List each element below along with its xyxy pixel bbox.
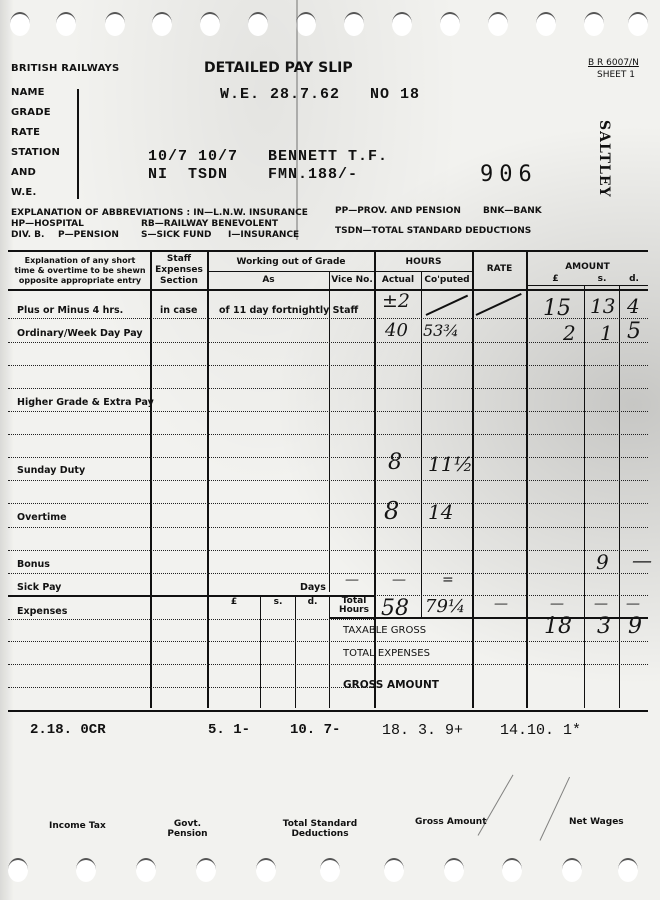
row-line [8,550,648,551]
gross-amount-footer-label: Gross Amount [415,817,487,827]
row-label-higher-grade: Higher Grade & Extra Pay [17,397,154,408]
expense-pence-header: d. [296,597,329,607]
header-explanation-1: Explanation of any short [10,256,150,265]
row-line [8,619,374,620]
overtime-computed: 14 [428,500,453,524]
row-line [8,457,648,458]
header-amount: AMOUNT [527,262,648,272]
row-label-overtime: Overtime [17,512,67,523]
sick-pay-computed: = [442,572,454,588]
plus-minus-actual: ±2 [382,290,410,312]
bonus-shillings: 9 [596,550,609,574]
taxable-gross-pence: 9 [628,614,642,639]
row-label-days: Days [300,582,326,593]
sheet-number: SHEET 1 [597,70,635,80]
ordinary-pence: 5 [627,319,641,344]
header-computed: Co'puted [422,275,472,285]
typed-grade-line: NI TSDN FMN.188/- [148,166,358,183]
header-explanation-2: time & overtime to be shewn [10,266,150,275]
note-in-case: in case [160,305,197,316]
abbrev-bnk: BNK—BANK [483,206,542,216]
col-line [421,272,422,617]
sprocket-hole [444,858,464,882]
header-section: Section [151,276,207,286]
table-top-border [8,250,648,252]
header-pounds: £ [527,274,584,284]
sprocket-hole [196,858,216,882]
sunday-computed: 11½ [428,452,473,476]
sprocket-hole [8,858,28,882]
header-vice-no: Vice No. [330,275,374,285]
header-subline [527,285,648,286]
income-tax-value: 2.18. 0CR [30,722,106,738]
table-header-bottom [8,289,648,291]
row-label-ordinary: Ordinary/Week Day Pay [17,328,143,339]
sunday-actual: 8 [388,450,402,475]
col-line [329,272,330,592]
depot-stamp: SALTLEY [596,120,612,198]
sprocket-hole [618,858,638,882]
pay-slip-paper: BRITISH RAILWAYS DETAILED PAY SLIP B R 6… [0,0,660,900]
ordinary-pounds: 2 [563,321,576,345]
abbrev-tsdn: TSDN—TOTAL STANDARD DEDUCTIONS [335,226,531,236]
header-subline [208,271,374,272]
income-tax-label: Income Tax [49,821,106,831]
row-line [8,342,648,343]
taxable-gross-label: TAXABLE GROSS [343,625,426,636]
sprocket-hole [562,858,582,882]
tear-mark [540,777,570,841]
govt-pension-label-1: Govt. [160,819,215,829]
sprocket-hole [392,12,412,36]
sprocket-hole [384,858,404,882]
total-pence: — [626,596,640,612]
bonus-pence: — [632,548,652,572]
col-line [295,596,296,708]
total-standard-deductions-value: 10. 7- [290,722,340,738]
header-rate: RATE [473,264,526,274]
sprocket-hole [256,858,276,882]
abbrev-hp: HP—HOSPITAL [11,219,84,229]
row-line [8,664,648,665]
sprocket-hole [76,858,96,882]
header-as: As [208,275,329,285]
net-wages-label: Net Wages [569,817,624,827]
abbrev-rb: RB—RAILWAY BENEVOLENT [141,219,278,229]
field-label-rate: RATE [11,127,40,138]
row-line [8,480,648,481]
col-line [584,286,585,708]
sprocket-hole [536,12,556,36]
plus-minus-pence: 4 [627,294,640,318]
note-plus-minus: Plus or Minus 4 hrs. [17,305,123,316]
sprocket-hole [10,12,30,36]
sick-pay-actual: — [392,572,406,588]
sprocket-hole [200,12,220,36]
computed-strikeout [426,295,469,316]
header-pence: d. [620,274,648,284]
col-line [260,596,261,708]
total-expenses-label: TOTAL EXPENSES [343,648,430,659]
ordinary-computed: 53¾ [423,321,459,340]
tsd-label-2: Deductions [270,829,370,839]
sprocket-hole [136,858,156,882]
total-hours-label-2: Hours [334,605,374,615]
page-title: DETAILED PAY SLIP [204,60,353,76]
rate-strikeout [476,293,522,316]
field-label-grade: GRADE [11,107,51,118]
total-shillings: — [594,596,608,612]
week-ending-and-number: W.E. 28.7.62 NO 18 [220,86,420,103]
sprocket-hole [502,858,522,882]
abbrev-p: P—PENSION [58,230,119,240]
row-label-expenses: Expenses [17,606,67,617]
row-label-sunday: Sunday Duty [17,465,85,476]
abbrev-div-b: DIV. B. [11,230,44,240]
field-label-we: W.E. [11,187,36,198]
taxable-gross-pounds: 18 [544,614,572,639]
abbrev-s: S—SICK FUND [141,230,211,240]
tear-mark [478,775,514,836]
header-staff: Staff [151,254,207,264]
overtime-actual: 8 [384,497,399,525]
gross-amount-label: GROSS AMOUNT [343,679,439,691]
tsd-label-1: Total Standard [270,819,370,829]
sprocket-hole [440,12,460,36]
typed-name-line: 10/7 10/7 BENNETT T.F. [148,148,388,165]
row-line [8,434,648,435]
row-line [8,365,648,366]
sprocket-hole [248,12,268,36]
header-divider [77,89,79,199]
field-label-station: STATION [11,147,60,158]
sprocket-hole [105,12,125,36]
expense-shillings-header: s. [261,597,295,607]
gross-amount-value: 18. 3. 9+ [382,722,463,739]
row-line [8,503,648,504]
govt-pension-value: 5. 1- [208,722,250,738]
fold-crease [296,0,298,240]
taxable-gross-shillings: 3 [597,614,611,639]
row-line [8,687,374,688]
row-label-sick-pay: Sick Pay [17,582,61,593]
total-hours-actual: 58 [381,596,409,621]
sprocket-hole [344,12,364,36]
sprocket-hole [296,12,316,36]
col-line [619,286,620,708]
abbrev-pp: PP—PROV. AND PENSION [335,206,461,216]
sprocket-hole [628,12,648,36]
ordinary-actual: 40 [385,320,408,341]
row-line [8,527,648,528]
sprocket-hole [584,12,604,36]
sprocket-hole [56,12,76,36]
payroll-number: 906 [480,162,538,187]
sprocket-hole [152,12,172,36]
expense-pounds-header: £ [208,597,260,607]
ordinary-shillings: 1 [600,321,613,345]
govt-pension-label-2: Pension [160,829,215,839]
header-expenses: Expenses [151,265,207,275]
org-name: BRITISH RAILWAYS [11,63,119,74]
row-label-bonus: Bonus [17,559,50,570]
sprocket-hole [320,858,340,882]
total-hours-computed: 79¼ [425,596,465,617]
plus-minus-pounds: 15 [543,296,571,321]
row-line [8,573,648,574]
field-label-name: NAME [11,87,45,98]
total-pounds: — [550,596,564,612]
field-label-and: AND [11,167,36,178]
note-fortnightly-staff: of 11 day fortnightly Staff [219,305,358,316]
col-line [329,596,330,708]
header-hours: HOURS [375,257,472,267]
table-bottom-border [8,710,648,712]
abbrev-i: I—INSURANCE [228,230,299,240]
header-working-out-of-grade: Working out of Grade [208,257,374,267]
plus-minus-shillings: 13 [590,294,615,318]
header-subline [375,271,472,272]
net-wages-value: 14.10. 1* [500,722,581,739]
sprocket-hole [488,12,508,36]
row-line [8,388,648,389]
row-line [8,411,648,412]
header-shillings: s. [585,274,619,284]
sick-pay-days-dash: — [345,572,359,588]
total-rate: — [494,596,508,612]
abbrev-line1: EXPLANATION OF ABBREVIATIONS : IN—L.N.W.… [11,208,308,218]
header-actual: Actual [375,275,421,285]
header-explanation-3: opposite appropriate entry [10,276,150,285]
row-line [8,641,648,642]
form-reference: B R 6007/N [588,58,639,68]
